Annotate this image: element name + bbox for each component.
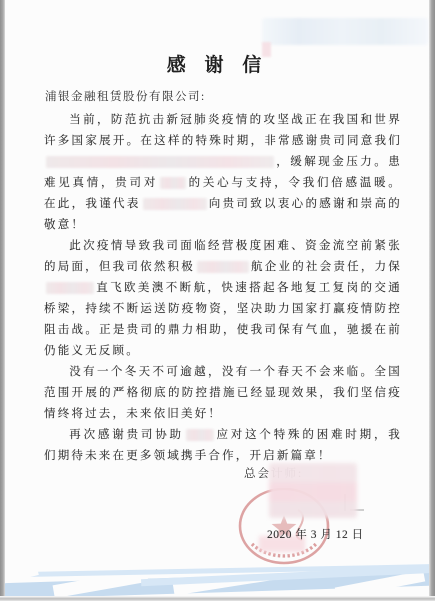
redacted-letterhead-logo xyxy=(262,18,428,45)
recipient-company: 浦银金融租赁股份有限公司: xyxy=(45,88,206,104)
letter-date: 2020 年 3 月 12 日 xyxy=(267,526,364,542)
letter-title: 感 谢 信 xyxy=(0,50,435,77)
page-edge xyxy=(0,0,5,601)
letterhead-footer-stripes xyxy=(5,562,429,596)
redacted-text xyxy=(46,282,94,294)
redacted-signature xyxy=(269,463,357,518)
redacted-text xyxy=(186,429,214,441)
redacted-text xyxy=(160,177,186,189)
letter-body: 当前，防范抗击新冠肺炎疫情的攻坚战正在我国和世界许多国家展开。在这样的特殊时期，… xyxy=(44,110,402,467)
redacted-text xyxy=(197,261,249,273)
letter-paragraph: 此次疫情导致我司面临经营极度困难、资金流空前紧张的局面，但我司依然积极航企业的社… xyxy=(44,236,402,362)
redacted-text xyxy=(143,198,207,210)
page-edge xyxy=(429,0,435,601)
letter-paragraph: 再次感谢贵司协助应对这个特殊的困难时期，我们期待未来在更多领域携手合作，开启新篇… xyxy=(44,425,402,467)
letter-paragraph: 没有一个冬天不可逾越，没有一个春天不会来临。全国范围开展的严格彻底的防控措施已经… xyxy=(44,362,402,425)
letter-paragraph: 当前，防范抗击新冠肺炎疫情的攻坚战正在我国和世界许多国家展开。在这样的特殊时期，… xyxy=(44,110,402,236)
redacted-text xyxy=(46,156,274,168)
scanned-letter-page: 感 谢 信 浦银金融租赁股份有限公司: 当前，防范抗击新冠肺炎疫情的攻坚战正在我… xyxy=(0,0,435,601)
page-edge xyxy=(0,596,435,601)
